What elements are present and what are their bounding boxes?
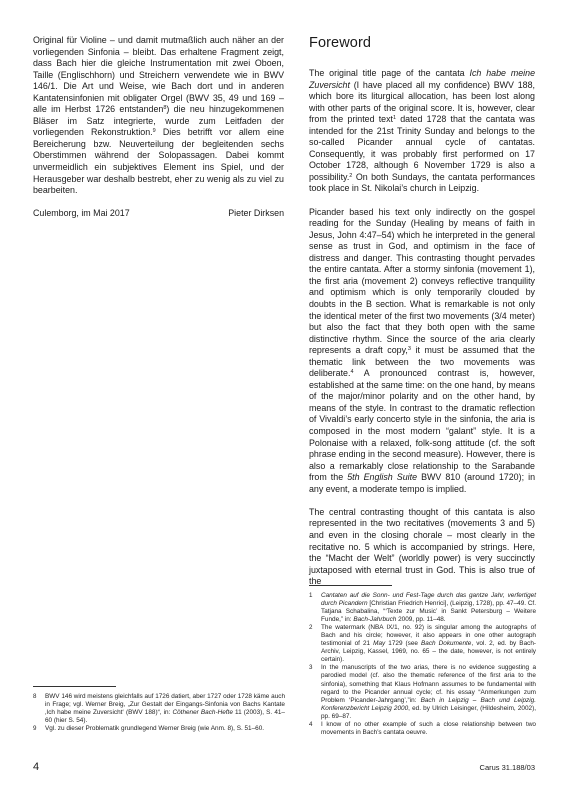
author-name: Pieter Dirksen [228,208,284,220]
right-column: Foreword The original title page of the … [309,35,535,588]
signature-line: Culemborg, im Mai 2017 Pieter Dirksen [33,208,284,220]
footnote-2: 2 The watermark (NBA IX/1, no. 92) is si… [309,624,536,664]
foreword-paragraph-2: Picander based his text only indirectly … [309,207,535,496]
footnotes-right: 1 Cantaten auf die Sonn- und Fest-Tage d… [309,592,536,737]
catalog-number: Carus 31.188/03 [480,763,535,772]
footnotes-left: 8 BWV 146 wird meistens gleichfalls auf … [33,693,285,733]
page-number: 4 [33,761,39,773]
foreword-heading: Foreword [309,35,535,51]
footnote-1: 1 Cantaten auf die Sonn- und Fest-Tage d… [309,592,536,624]
footnote-8: 8 BWV 146 wird meistens gleichfalls auf … [33,693,285,725]
footnote-divider-right [309,585,392,586]
footnote-3: 3 In the manuscripts of the two arias, t… [309,664,536,720]
footnote-4: 4 I know of no other example of such a c… [309,721,536,737]
document-page: Original für Violine – und damit mutmaßl… [0,0,563,800]
footnote-divider-left [33,686,116,687]
german-paragraph: Original für Violine – und damit mutmaßl… [33,35,284,197]
left-column: Original für Violine – und damit mutmaßl… [33,35,284,220]
place-date: Culemborg, im Mai 2017 [33,208,130,220]
foreword-paragraph-3: The central contrasting thought of this … [309,507,535,588]
foreword-paragraph-1: The original title page of the cantata I… [309,68,535,195]
footnote-9: 9 Vgl. zu dieser Problematik grundlegend… [33,725,285,733]
